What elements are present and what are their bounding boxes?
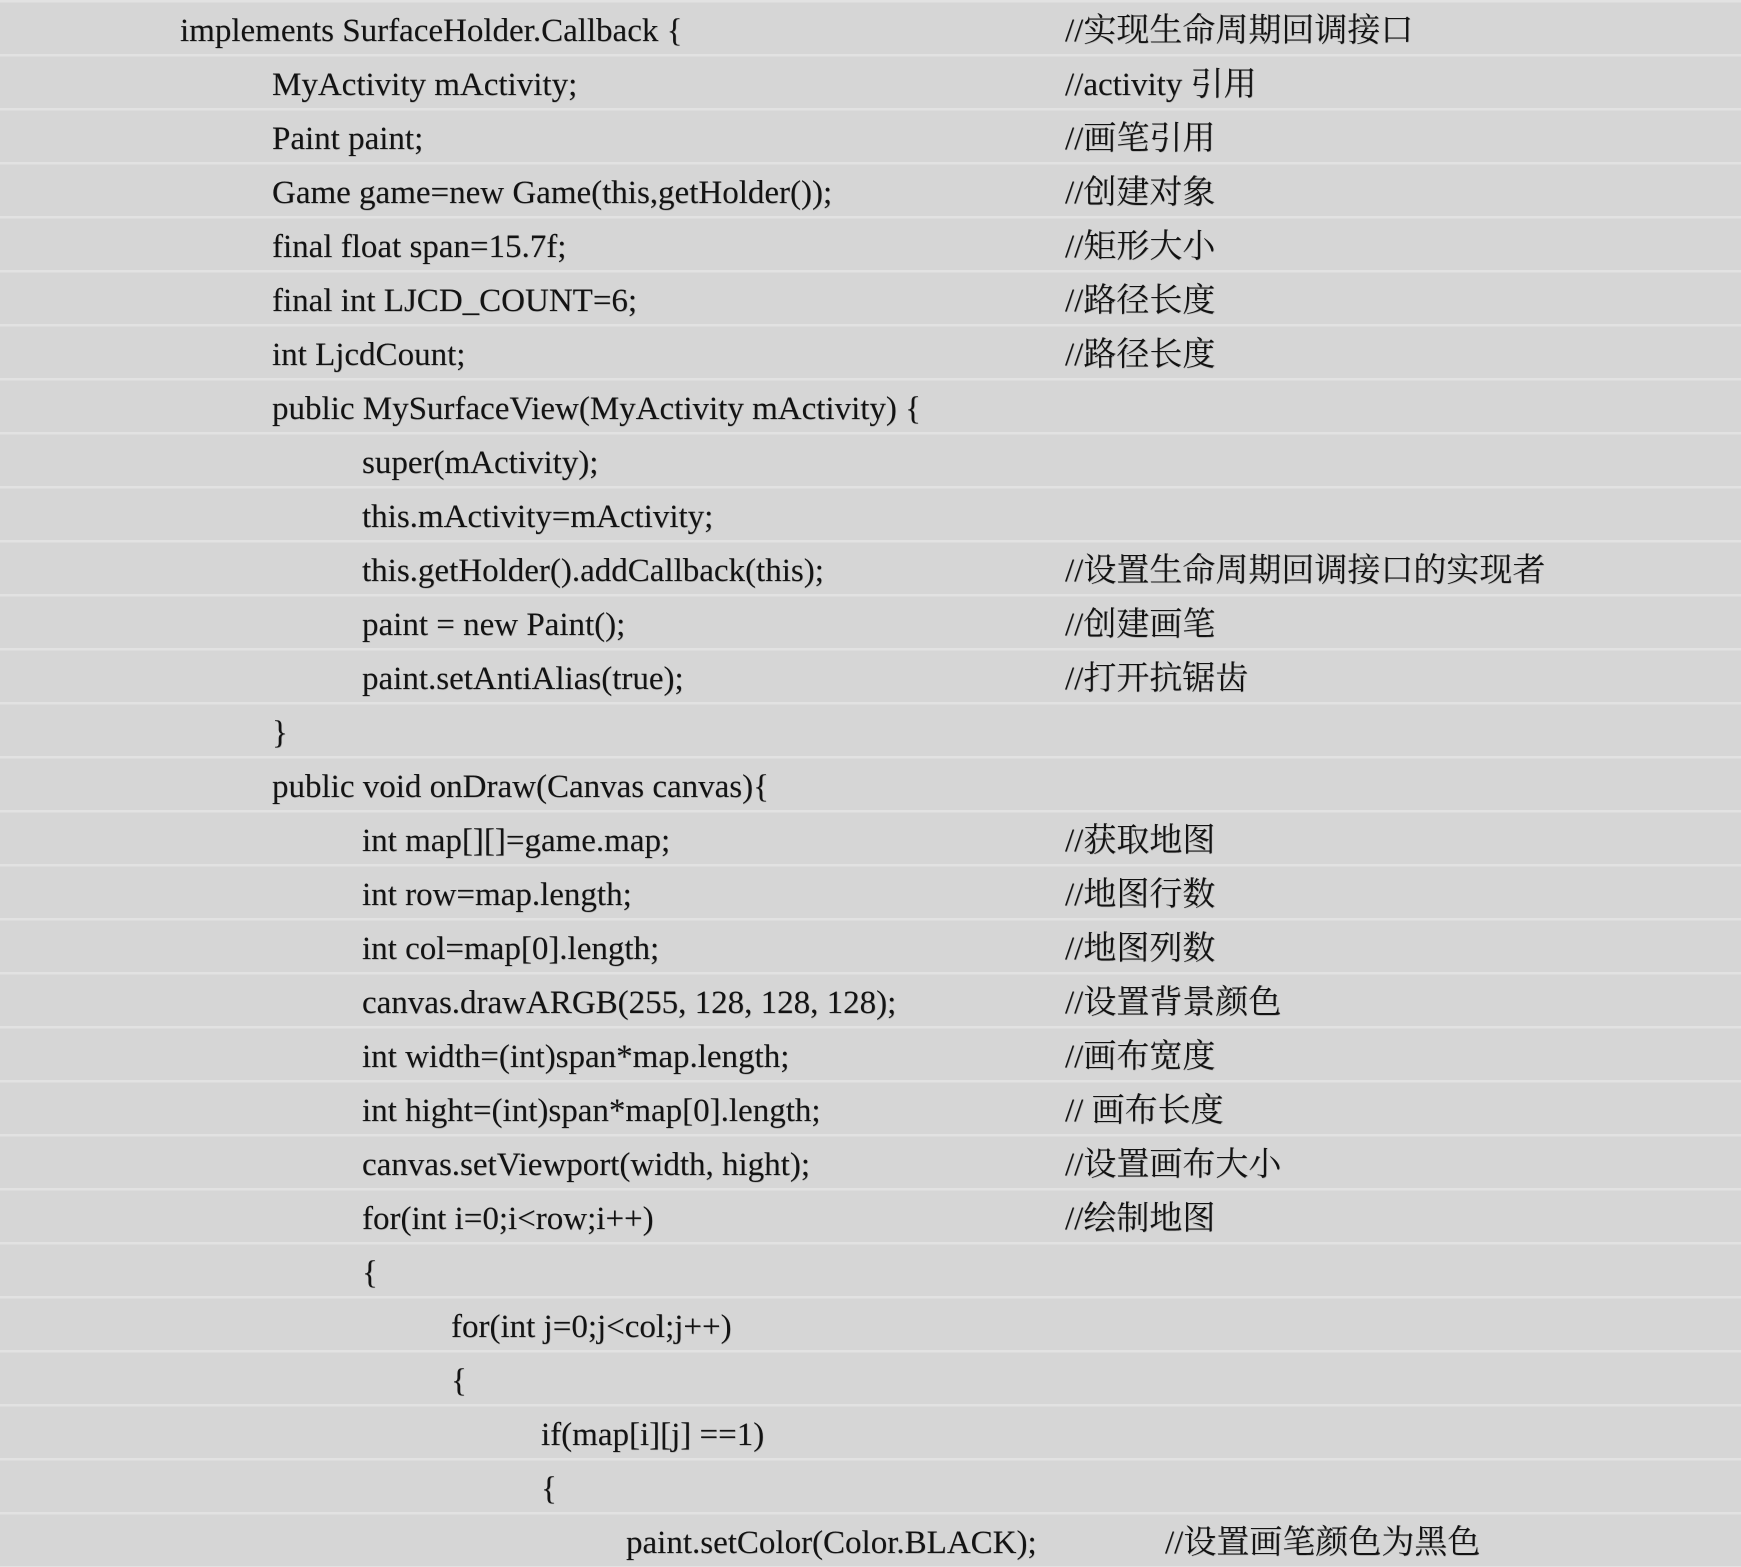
comment-text: //地图列数 (1065, 922, 1215, 976)
code-line: int LjcdCount;//路径长度 (0, 328, 1741, 382)
code-text: canvas.setViewport(width, hight); (362, 1138, 810, 1192)
code-text: this.getHolder().addCallback(this); (362, 544, 824, 598)
comment-text: //创建对象 (1065, 166, 1215, 220)
code-line: for(int i=0;i<row;i++)//绘制地图 (0, 1192, 1741, 1246)
code-text: for(int i=0;i<row;i++) (362, 1192, 654, 1246)
comment-text: //绘制地图 (1065, 1192, 1215, 1246)
code-text: MyActivity mActivity; (272, 58, 577, 112)
code-line: paint = new Paint();//创建画笔 (0, 598, 1741, 652)
comment-text: //设置生命周期回调接口的实现者 (1065, 544, 1545, 598)
code-line: int width=(int)span*map.length;//画布宽度 (0, 1030, 1741, 1084)
code-text: int col=map[0].length; (362, 922, 659, 976)
code-line: final float span=15.7f;//矩形大小 (0, 220, 1741, 274)
code-line: MyActivity mActivity;//activity 引用 (0, 58, 1741, 112)
code-text: { (541, 1462, 557, 1516)
code-text: canvas.drawARGB(255, 128, 128, 128); (362, 976, 896, 1030)
code-line: int row=map.length;//地图行数 (0, 868, 1741, 922)
code-text: } (272, 706, 288, 760)
code-line: canvas.drawARGB(255, 128, 128, 128);//设置… (0, 976, 1741, 1030)
code-text: int hight=(int)span*map[0].length; (362, 1084, 821, 1138)
comment-text: //地图行数 (1065, 868, 1215, 922)
code-text: if(map[i][j] ==1) (541, 1408, 764, 1462)
comment-text: //矩形大小 (1065, 220, 1215, 274)
comment-text: //设置画布大小 (1065, 1138, 1281, 1192)
code-line: int map[][]=game.map;//获取地图 (0, 814, 1741, 868)
code-line: super(mActivity); (0, 436, 1741, 490)
code-text: final int LJCD_COUNT=6; (272, 274, 637, 328)
code-line: for(int j=0;j<col;j++) (0, 1300, 1741, 1354)
code-line: int col=map[0].length;//地图列数 (0, 922, 1741, 976)
comment-text: //创建画笔 (1065, 598, 1215, 652)
code-line: canvas.setViewport(width, hight);//设置画布大… (0, 1138, 1741, 1192)
code-text: paint.setColor(Color.BLACK); (626, 1516, 1037, 1567)
code-text: Game game=new Game(this,getHolder()); (272, 166, 832, 220)
comment-text: //实现生命周期回调接口 (1065, 4, 1413, 58)
code-text: int width=(int)span*map.length; (362, 1030, 789, 1084)
code-text: implements SurfaceHolder.Callback { (180, 4, 682, 58)
code-text: super(mActivity); (362, 436, 598, 490)
code-line: if(map[i][j] ==1) (0, 1408, 1741, 1462)
code-line: implements SurfaceHolder.Callback {//实现生… (0, 4, 1741, 58)
code-text: int row=map.length; (362, 868, 632, 922)
comment-text: //路径长度 (1065, 274, 1215, 328)
code-text: final float span=15.7f; (272, 220, 566, 274)
comment-text: //设置画笔颜色为黑色 (1165, 1516, 1480, 1567)
code-line: { (0, 1246, 1741, 1300)
comment-text: // 画布长度 (1065, 1084, 1224, 1138)
code-line: } (0, 706, 1741, 760)
code-line: public void onDraw(Canvas canvas){ (0, 760, 1741, 814)
code-line: this.getHolder().addCallback(this);//设置生… (0, 544, 1741, 598)
scanned-code-page: implements SurfaceHolder.Callback {//实现生… (0, 0, 1741, 1567)
code-text: for(int j=0;j<col;j++) (451, 1300, 732, 1354)
code-text: { (451, 1354, 467, 1408)
comment-text: //打开抗锯齿 (1065, 652, 1248, 706)
comment-text: //设置背景颜色 (1065, 976, 1281, 1030)
code-text: public MySurfaceView(MyActivity mActivit… (272, 382, 921, 436)
code-line: Paint paint;//画笔引用 (0, 112, 1741, 166)
code-line: { (0, 1354, 1741, 1408)
comment-text: //画布宽度 (1065, 1030, 1215, 1084)
code-listing: implements SurfaceHolder.Callback {//实现生… (0, 0, 1741, 1567)
code-text: int map[][]=game.map; (362, 814, 670, 868)
code-line: int hight=(int)span*map[0].length;// 画布长… (0, 1084, 1741, 1138)
comment-text: //路径长度 (1065, 328, 1215, 382)
code-line: public MySurfaceView(MyActivity mActivit… (0, 382, 1741, 436)
code-line: final int LJCD_COUNT=6;//路径长度 (0, 274, 1741, 328)
code-text: Paint paint; (272, 112, 423, 166)
code-text: public void onDraw(Canvas canvas){ (272, 760, 769, 814)
code-text: int LjcdCount; (272, 328, 465, 382)
comment-text: //画笔引用 (1065, 112, 1215, 166)
code-line: { (0, 1462, 1741, 1516)
code-text: { (362, 1246, 378, 1300)
comment-text: //activity 引用 (1065, 58, 1257, 112)
code-line: paint.setAntiAlias(true);//打开抗锯齿 (0, 652, 1741, 706)
code-text: paint.setAntiAlias(true); (362, 652, 684, 706)
comment-text: //获取地图 (1065, 814, 1215, 868)
code-line: Game game=new Game(this,getHolder());//创… (0, 166, 1741, 220)
code-line: paint.setColor(Color.BLACK);//设置画笔颜色为黑色 (0, 1516, 1741, 1567)
code-line: this.mActivity=mActivity; (0, 490, 1741, 544)
code-text: this.mActivity=mActivity; (362, 490, 713, 544)
code-text: paint = new Paint(); (362, 598, 625, 652)
